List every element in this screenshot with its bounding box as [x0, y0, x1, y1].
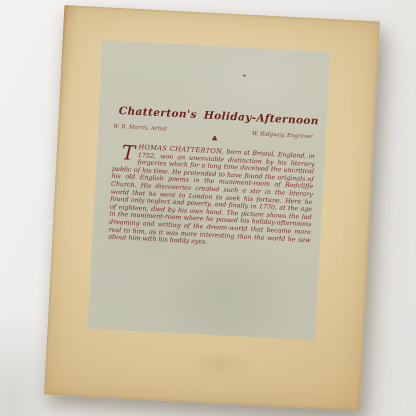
description-paragraph: THOMAS CHATTERTON, born at Bristol, Engl… [108, 143, 315, 252]
drop-cap: T [121, 144, 135, 161]
paper-speck [243, 74, 246, 76]
book-page: Chatterton's Holiday-Afternoon W. B. Mor… [44, 5, 380, 411]
body-text: born at Bristol, England, in 1752, won a… [108, 149, 315, 246]
plate-panel: Chatterton's Holiday-Afternoon W. B. Mor… [88, 40, 331, 341]
photo-backdrop: Chatterton's Holiday-Afternoon W. B. Mor… [0, 0, 416, 416]
